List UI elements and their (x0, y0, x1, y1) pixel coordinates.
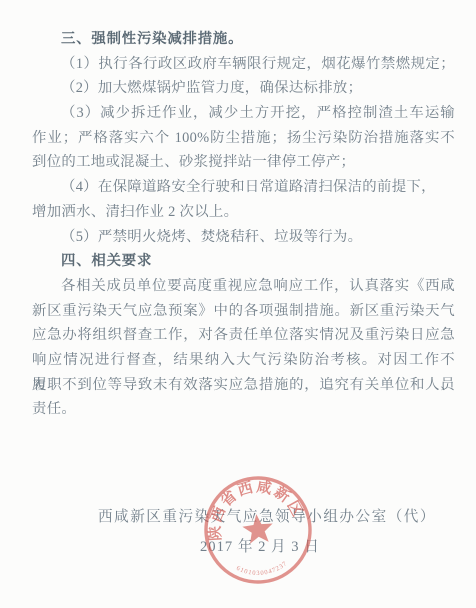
document-line: 应急办将组织督查工作，对各责任单位落实情况及重污染日应急 (32, 323, 455, 348)
document-line: （2）加大燃煤锅炉监管力度，确保达标排放； (32, 76, 455, 101)
document-line: 责任。 (32, 397, 455, 422)
signature-block: 西咸新区重污染天气应急领导小组办公室（代） 2017 年 2 月 3 日 (32, 505, 455, 556)
document-line: （1）执行各行政区政府车辆限行规定，烟花爆竹禁燃规定； (32, 52, 455, 77)
document-line: 新区重污染天气应急预案》中的各项强制措施。新区重污染天气 (32, 299, 455, 324)
document-line: 四、相关要求 (32, 249, 455, 274)
document-line: 三、强制性污染减排措施。 (32, 27, 455, 52)
document-line: 作业；严格落实六个 100%防尘措施；扬尘污染防治措施落实不 (32, 126, 455, 151)
document-line: 到位的工地或混凝土、砂浆搅拌站一律停工停产； (32, 150, 455, 175)
document-line: （3）减少拆迁作业，减少土方开挖，严格控制渣土车运输 (32, 101, 455, 126)
document-page: 三、强制性污染减排措施。（1）执行各行政区政府车辆限行规定，烟花爆竹禁燃规定；（… (0, 0, 476, 608)
document-line: 响应情况进行督查，结果纳入大气污染防治考核。对因工作不力、 (32, 348, 455, 373)
document-line: （5）严禁明火烧烤、焚烧秸秆、垃圾等行为。 (32, 225, 455, 250)
document-line: 履职不到位等导致未有效落实应急措施的，追究有关单位和人员 (32, 373, 455, 398)
signature-office: 西咸新区重污染天气应急领导小组办公室（代） (98, 505, 455, 526)
document-line: （4）在保障道路安全行驶和日常道路清扫保洁的前提下， (32, 175, 455, 200)
document-line: 增加洒水、清扫作业 2 次以上。 (32, 200, 455, 225)
document-line: 各相关成员单位要高度重视应急响应工作，认真落实《西咸 (32, 274, 455, 299)
seal-serial-number: 6101030047237 (235, 560, 290, 580)
signature-date: 2017 年 2 月 3 日 (200, 535, 455, 556)
document-body: 三、强制性污染减排措施。（1）执行各行政区政府车辆限行规定，烟花爆竹禁燃规定；（… (32, 27, 455, 422)
